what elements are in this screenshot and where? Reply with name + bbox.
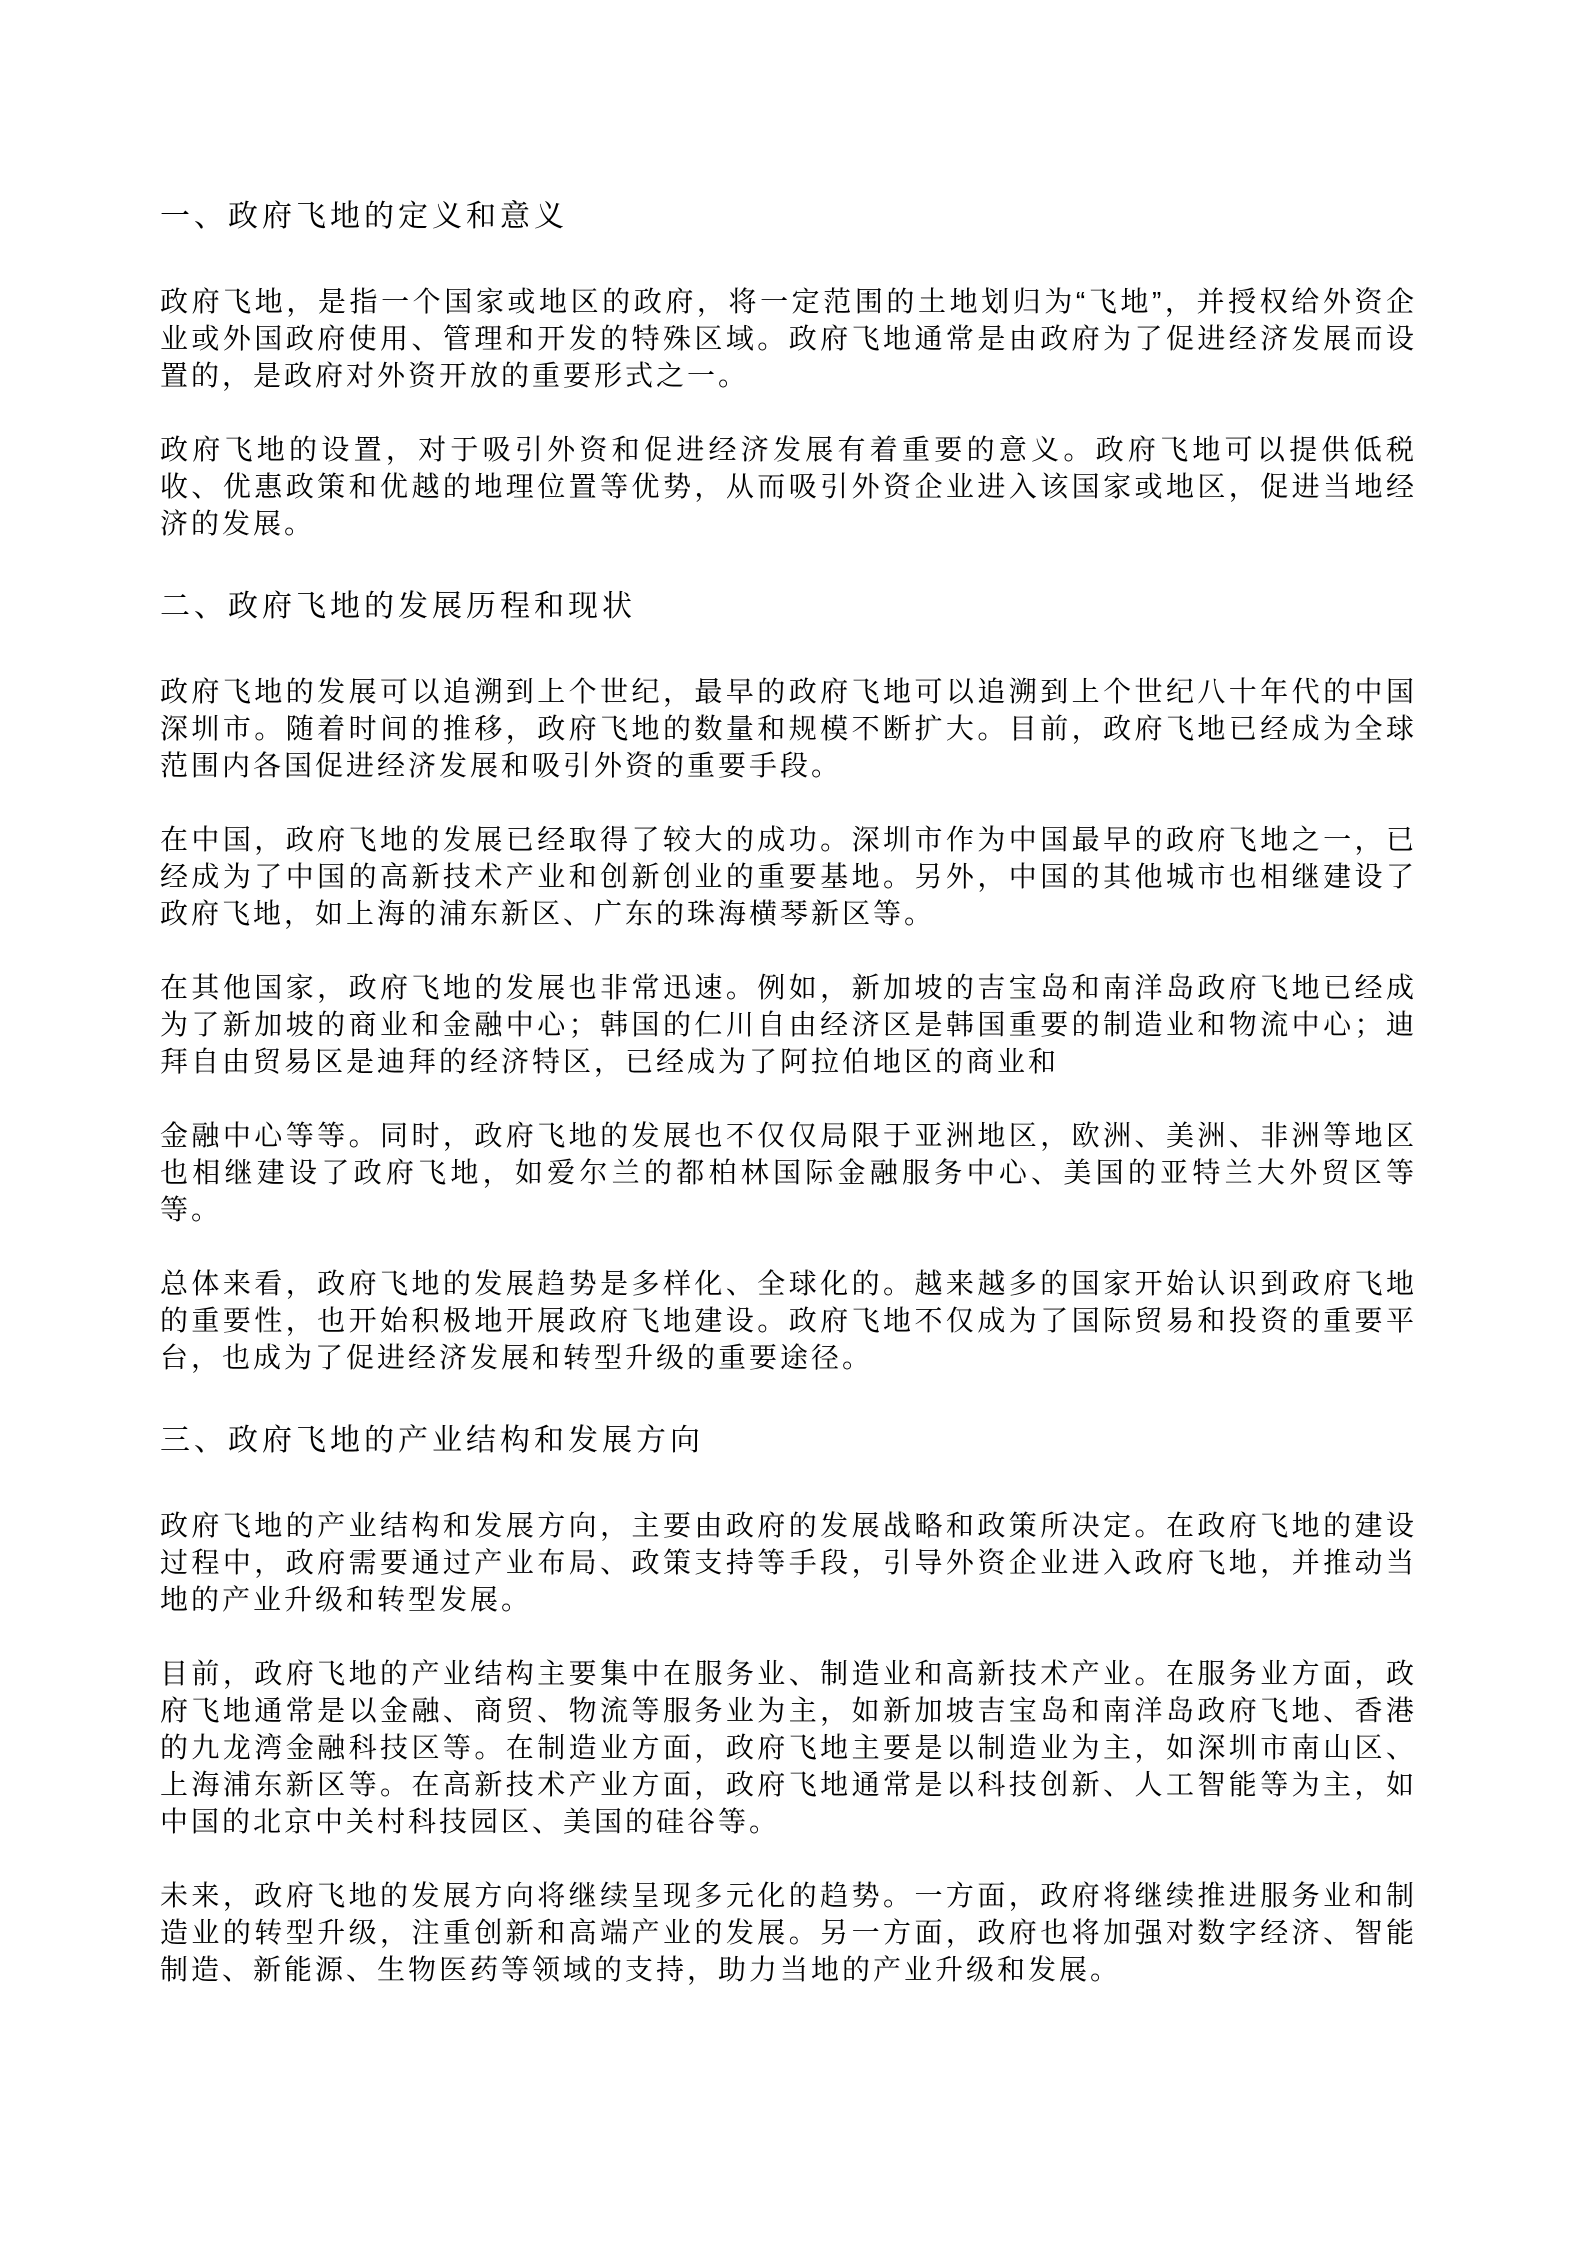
section-heading: 三、政府飞地的产业结构和发展方向 xyxy=(160,1422,1417,1460)
document-body: 一、政府飞地的定义和意义政府飞地，是指一个国家或地区的政府，将一定范围的土地划归… xyxy=(160,198,1417,1988)
paragraph: 金融中心等等。同时，政府飞地的发展也不仅仅局限于亚洲地区，欧洲、美洲、非洲等地区… xyxy=(160,1117,1417,1228)
paragraph: 政府飞地的发展可以追溯到上个世纪，最早的政府飞地可以追溯到上个世纪八十年代的中国… xyxy=(160,673,1417,784)
paragraph: 在中国，政府飞地的发展已经取得了较大的成功。深圳市作为中国最早的政府飞地之一，已… xyxy=(160,821,1417,932)
document-page: 一、政府飞地的定义和意义政府飞地，是指一个国家或地区的政府，将一定范围的土地划归… xyxy=(0,0,1585,2244)
paragraph: 总体来看，政府飞地的发展趋势是多样化、全球化的。越来越多的国家开始认识到政府飞地… xyxy=(160,1265,1417,1376)
paragraph: 政府飞地的设置，对于吸引外资和促进经济发展有着重要的意义。政府飞地可以提供低税收… xyxy=(160,431,1417,542)
paragraph: 目前，政府飞地的产业结构主要集中在服务业、制造业和高新技术产业。在服务业方面，政… xyxy=(160,1655,1417,1840)
section-heading: 二、政府飞地的发展历程和现状 xyxy=(160,588,1417,626)
paragraph: 未来，政府飞地的发展方向将继续呈现多元化的趋势。一方面，政府将继续推进服务业和制… xyxy=(160,1877,1417,1988)
paragraph: 政府飞地，是指一个国家或地区的政府，将一定范围的土地划归为“飞地”，并授权给外资… xyxy=(160,283,1417,394)
section-heading: 一、政府飞地的定义和意义 xyxy=(160,198,1417,236)
paragraph: 政府飞地的产业结构和发展方向，主要由政府的发展战略和政策所决定。在政府飞地的建设… xyxy=(160,1507,1417,1618)
paragraph: 在其他国家，政府飞地的发展也非常迅速。例如，新加坡的吉宝岛和南洋岛政府飞地已经成… xyxy=(160,969,1417,1080)
